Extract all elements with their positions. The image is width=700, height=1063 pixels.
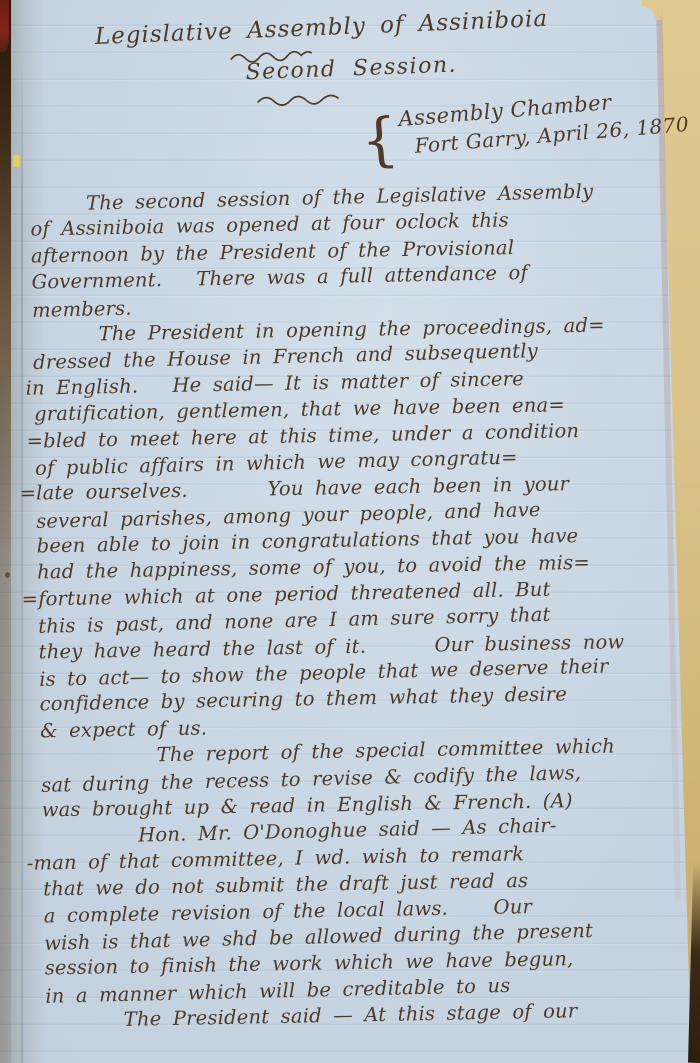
scanned-manuscript-page: { "document": { "kind": "handwritten min… bbox=[0, 0, 700, 1063]
brace-mark: { bbox=[359, 107, 401, 172]
dateline-block: { Assembly Chamber Fort Garry, April 26,… bbox=[359, 84, 691, 172]
body-text: The second session of the Legislative As… bbox=[30, 178, 688, 1035]
handwriting-layer: Legislative Assembly of Assiniboia Secon… bbox=[0, 0, 700, 1063]
page-heading: Legislative Assembly of Assiniboia bbox=[94, 6, 548, 50]
underline-flourish-icon bbox=[256, 90, 349, 112]
dateline-lines: Assembly Chamber Fort Garry, April 26, 1… bbox=[398, 84, 690, 159]
